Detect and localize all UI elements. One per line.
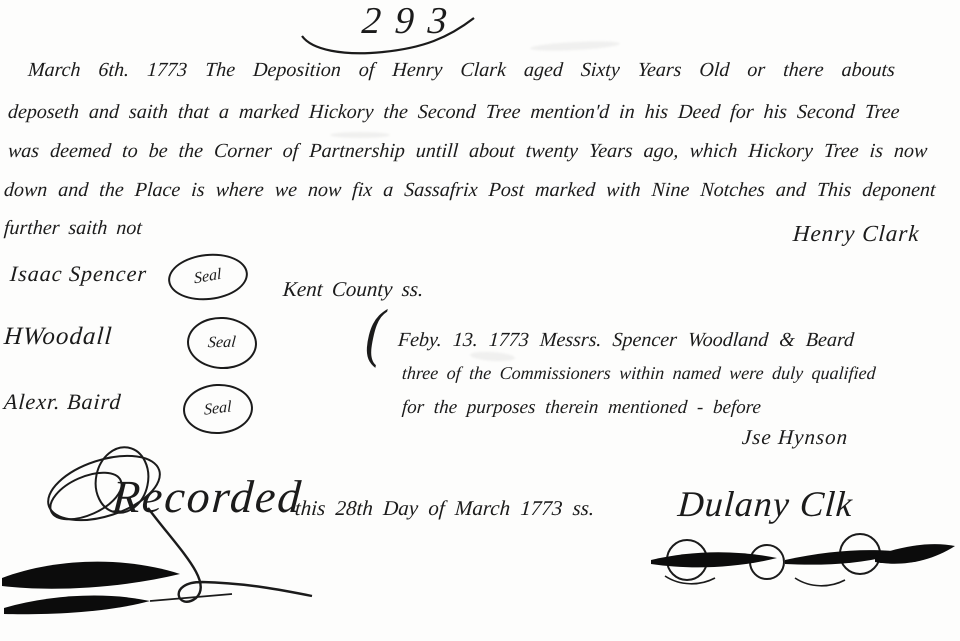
certification-line: for the purposes therein mentioned - bef… (401, 398, 761, 417)
deposition-line: further saith not (3, 218, 142, 238)
witness-signature: HWoodall (3, 324, 113, 349)
scan-smudge (470, 350, 516, 362)
scan-smudge (530, 40, 620, 53)
officer-signature: Jse Hynson (741, 427, 849, 448)
certification-line: three of the Commissioners within named … (401, 364, 876, 382)
seal-oval: Seal (186, 315, 259, 371)
jurisdiction-caption: Kent County ss. (282, 279, 424, 300)
clerk-signature: Dulany Clk (677, 486, 855, 522)
witness-signature: Alexr. Baird (3, 391, 122, 413)
seal-label: Seal (207, 334, 236, 352)
seal-label: Seal (204, 398, 232, 419)
seal-label: Seal (194, 266, 223, 289)
document-page: 293 March 6th. 1773 The Deposition of He… (0, 0, 960, 641)
quill-flourish-bottom-left (0, 430, 340, 635)
deponent-signature: Henry Clark (792, 222, 920, 245)
scan-smudge (330, 132, 390, 138)
clerk-signature-flourish (645, 520, 957, 598)
page-number-flourish (298, 12, 513, 60)
witness-signature: Isaac Spencer (9, 263, 148, 285)
deposition-line: March 6th. 1773 The Deposition of Henry … (27, 60, 895, 80)
deposition-line: was deemed to be the Corner of Partnersh… (7, 141, 928, 161)
deposition-line: down and the Place is where we now fix a… (3, 180, 936, 200)
seal-oval: Seal (182, 382, 255, 436)
bracket-mark: ( (364, 302, 386, 367)
certification-line: Feby. 13. 1773 Messrs. Spencer Woodland … (397, 330, 854, 350)
deposition-line: deposeth and saith that a marked Hickory… (7, 102, 900, 122)
seal-oval: Seal (166, 250, 250, 304)
